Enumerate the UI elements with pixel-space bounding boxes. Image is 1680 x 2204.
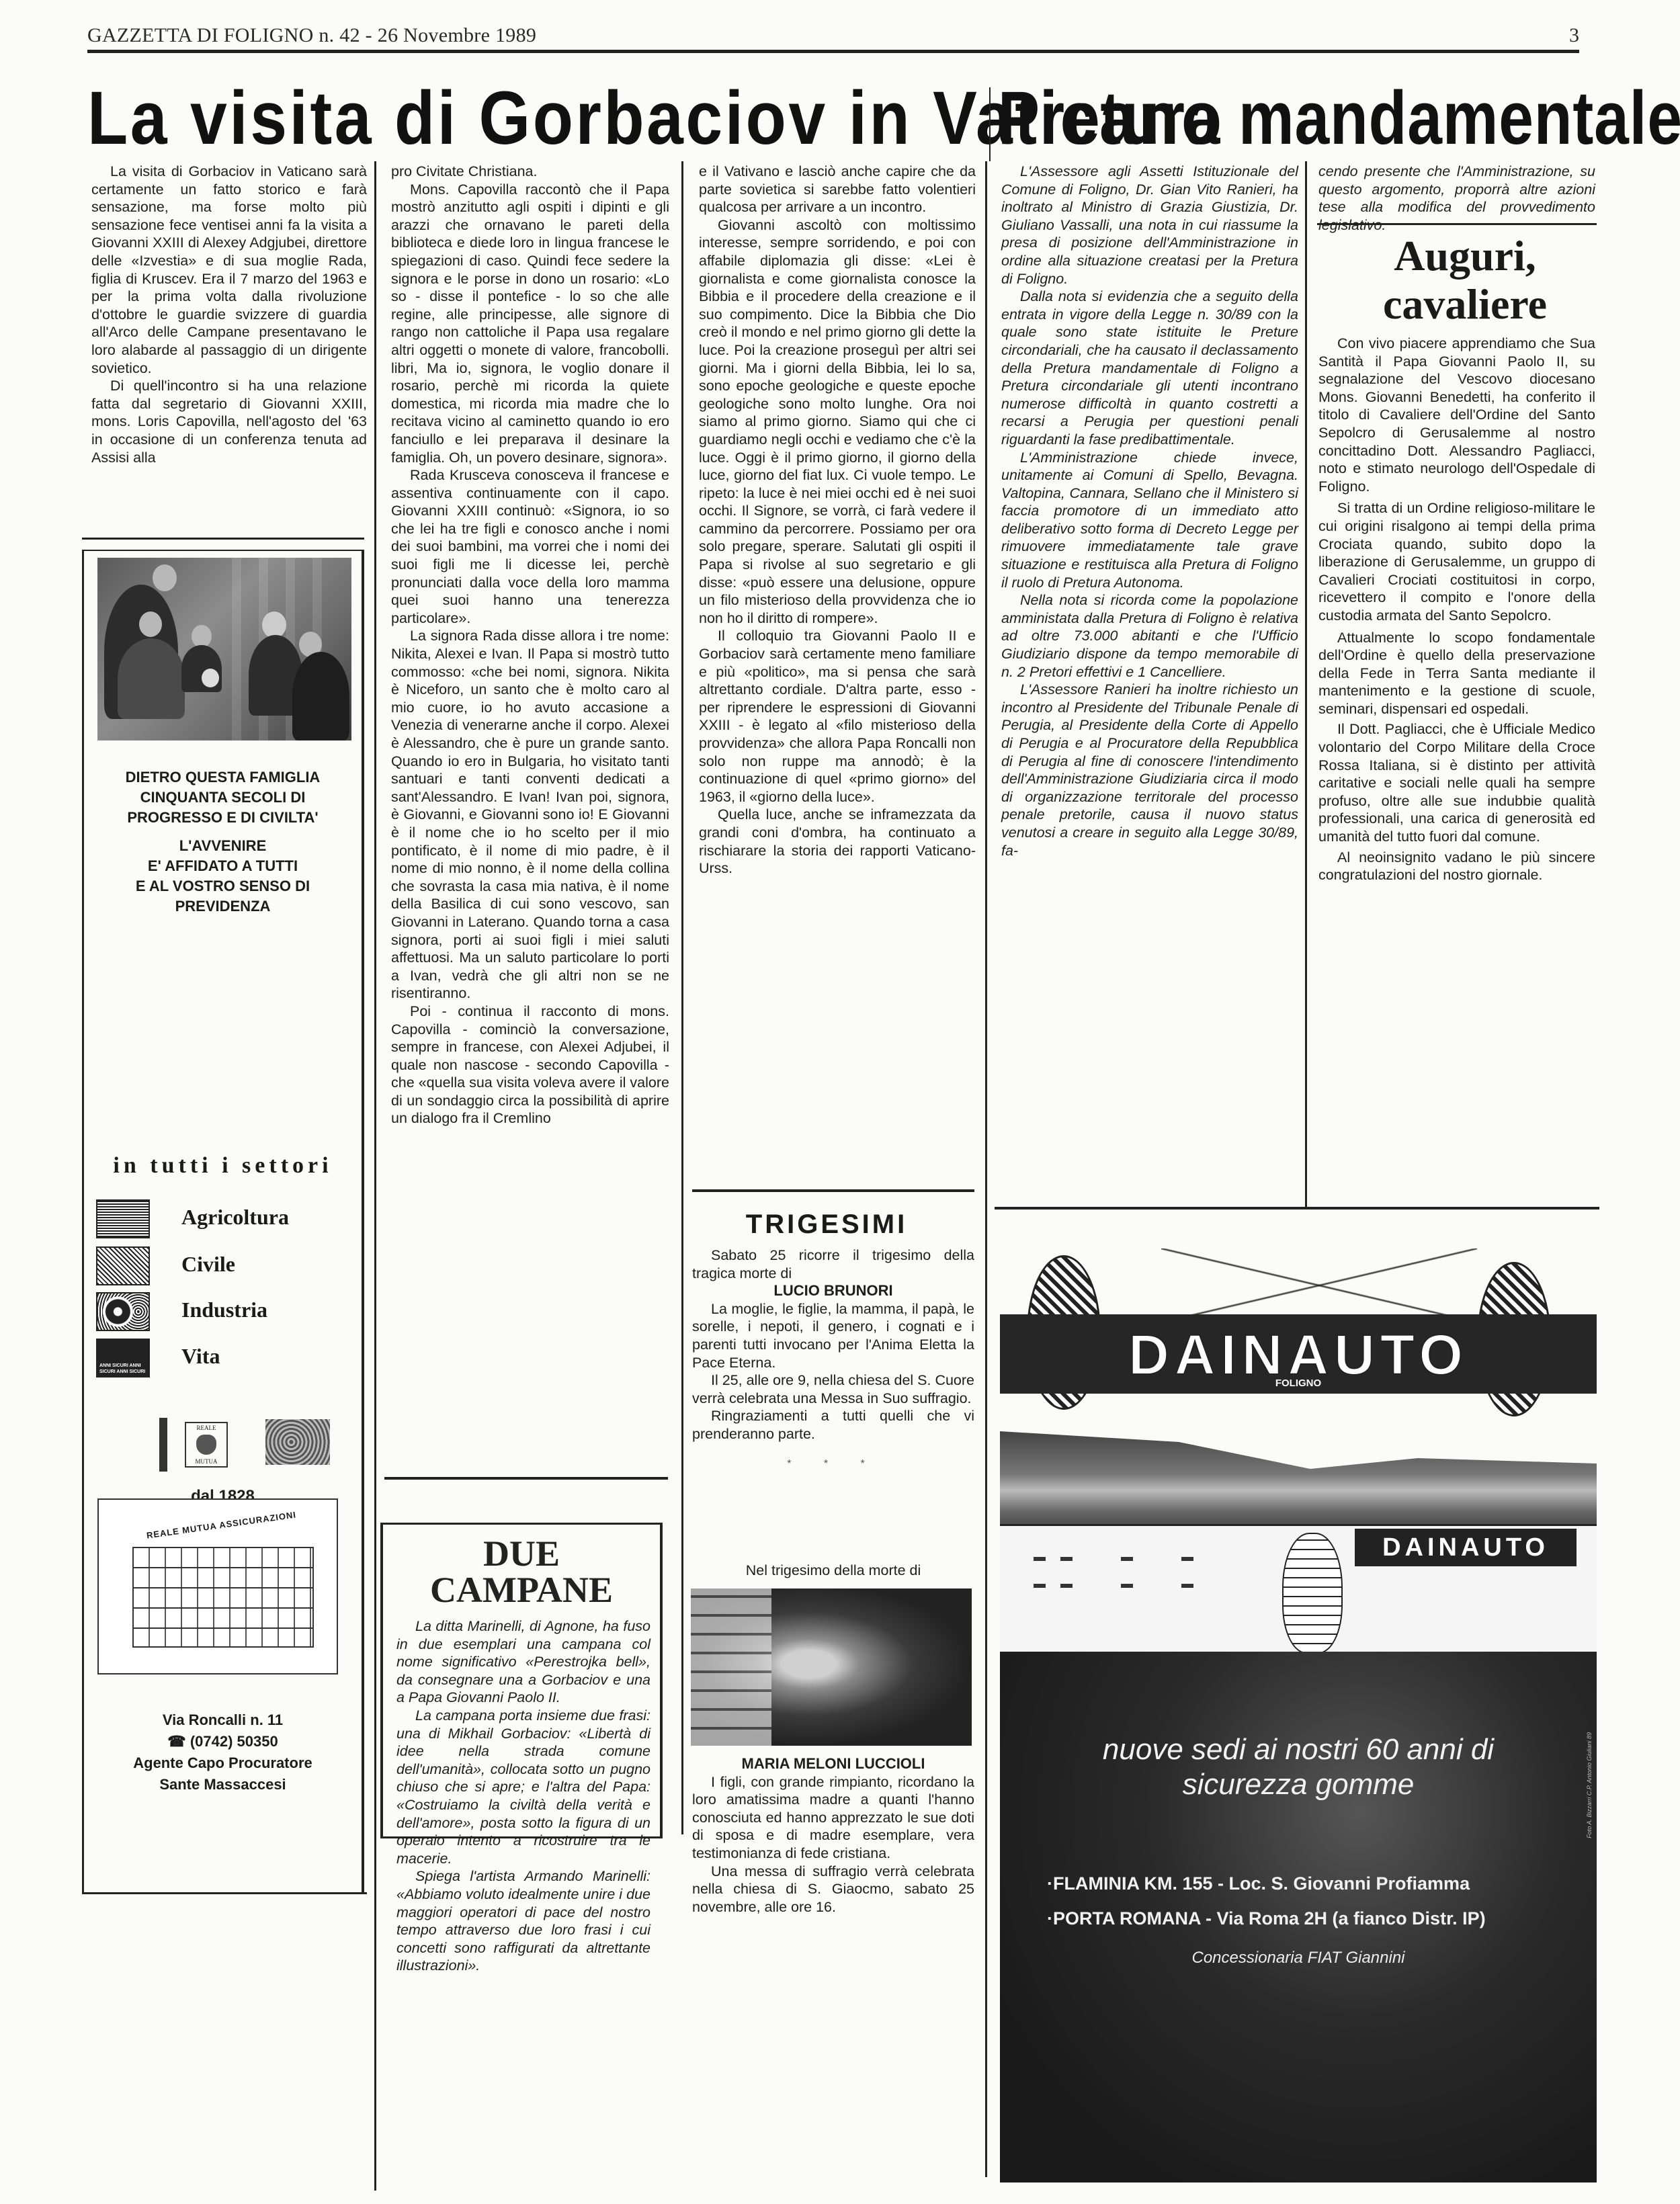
phone-line[interactable]: ☎ (0742) 50350: [84, 1731, 362, 1752]
notice-paragraph: La moglie, le figlie, la mamma, il papà,…: [692, 1300, 974, 1371]
road-icon: [1161, 1248, 1477, 1322]
dainauto-banner: DAINAUTO FOLIGNO: [1000, 1314, 1597, 1394]
title-line: DUE: [383, 1535, 660, 1572]
sector-agricoltura: Agricoltura: [84, 1199, 362, 1253]
sector-vita: ANNI SICURI ANNI SICURI ANNI SICURI Vita: [84, 1339, 362, 1392]
auguri-headline: Auguri, cavaliere: [1337, 232, 1593, 329]
notice-paragraph: Il 25, alle ore 9, nella chiesa del S. C…: [692, 1371, 974, 1407]
building-sign: REALE MUTUA ASSICURAZIONI: [146, 1509, 297, 1540]
tagline-line: E AL VOSTRO SENSO DI: [84, 876, 362, 896]
article-paragraph: e il Vativano e lasciò anche capire che …: [699, 163, 976, 216]
gorbaciov-col-2: pro Civitate Christiana. Mons. Capovilla…: [391, 163, 669, 1128]
slogan-panel: nuove sedi ai nostri 60 anni di sicurezz…: [1000, 1652, 1597, 2182]
section-rule: [995, 1207, 1599, 1210]
agent-title: Agente Capo Procuratore: [84, 1752, 362, 1774]
slogan-line: sicurezza gomme: [1000, 1767, 1597, 1802]
logo-text-bottom: MUTUA: [186, 1458, 226, 1465]
phone-number: (0742) 50350: [190, 1733, 278, 1750]
article-paragraph: La ditta Marinelli, di Agnone, ha fuso i…: [396, 1617, 650, 1707]
title-line: CAMPANE: [383, 1572, 660, 1608]
article-paragraph: Al neoinsignito vadano le più sincere co…: [1318, 849, 1595, 884]
article-paragraph: Si tratta di un Ordine religioso-militar…: [1318, 499, 1595, 624]
tagline-line: DIETRO QUESTA FAMIGLIA: [84, 767, 362, 788]
notice-intro: Nel trigesimo della morte di: [692, 1562, 974, 1580]
article-paragraph: La visita di Gorbaciov in Vaticano sarà …: [91, 163, 367, 377]
trigesimi-notice-1: Sabato 25 ricorre il trigesimo della tra…: [692, 1246, 974, 1473]
reale-mutua-ad[interactable]: DIETRO QUESTA FAMIGLIA CINQUANTA SECOLI …: [82, 550, 364, 1894]
deceased-name: MARIA MELONI LUCCIOLI: [692, 1755, 974, 1773]
article-paragraph: Nella nota si ricorda come la popolazion…: [1001, 591, 1298, 681]
col3-vrule: [985, 161, 987, 2177]
reale-mutua-crest-icon: REALE MUTUA: [185, 1422, 228, 1468]
slogan: nuove sedi ai nostri 60 anni di sicurezz…: [1000, 1732, 1597, 1802]
col3-rule: [692, 1189, 974, 1192]
col4-vrule: [1305, 161, 1307, 1210]
engraving-logo-icon: [265, 1419, 330, 1465]
article-paragraph: pro Civitate Christiana.: [391, 163, 669, 181]
article-paragraph: L'Assessore agli Assetti Istituzionale d…: [1001, 163, 1298, 288]
article-paragraph: Con vivo piacere apprendiamo che Sua San…: [1318, 335, 1595, 495]
ad-bottom-rule: [82, 1892, 367, 1894]
address-line: ·PORTA ROMANA - Via Roma 2H (a fianco Di…: [1047, 1908, 1486, 1929]
article-paragraph: Di quell'incontro si ha una relazione fa…: [91, 377, 367, 466]
col1-rule: [82, 538, 364, 540]
article-paragraph: Poi - continua il racconto di mons. Capo…: [391, 1003, 669, 1128]
article-paragraph: Attualmente lo scopo fondamentale dell'O…: [1318, 629, 1595, 718]
sector-label: Vita: [181, 1344, 220, 1369]
article-paragraph: Il colloquio tra Giovanni Paolo II e Gor…: [699, 627, 976, 806]
sector-industria: Industria: [84, 1292, 362, 1346]
col2-rule: [384, 1477, 668, 1480]
notice-paragraph: I figli, con grande rimpianto, ricordano…: [692, 1773, 974, 1863]
tagline-line: L'AVVENIRE: [84, 836, 362, 856]
due-campane-text: La ditta Marinelli, di Agnone, ha fuso i…: [396, 1617, 650, 1975]
contact-block: Via Roncalli n. 11 ☎ (0742) 50350 Agente…: [84, 1709, 362, 1795]
address-line: ·FLAMINIA KM. 155 - Loc. S. Giovanni Pro…: [1047, 1873, 1470, 1894]
article-paragraph: Spiega l'artista Armando Marinelli: «Abb…: [396, 1867, 650, 1975]
tagline-line: PREVIDENZA: [84, 896, 362, 917]
article-paragraph: Rada Krusceva conosceva il francese e as…: [391, 466, 669, 627]
notice-paragraph: Ringraziamenti a tutti quelli che vi pre…: [692, 1407, 974, 1443]
reale-mutua-logos: REALE MUTUA: [84, 1418, 362, 1472]
auguri-col: Con vivo piacere apprendiamo che Sua San…: [1318, 335, 1595, 884]
headline-line: cavaliere: [1337, 280, 1593, 329]
gear-icon: [96, 1292, 150, 1331]
tagline-line: E' AFFIDATO A TUTTI: [84, 856, 362, 876]
sector-label: Civile: [181, 1252, 235, 1277]
headline-line: Auguri,: [1337, 232, 1593, 280]
family-house-icon: [96, 1246, 150, 1285]
logo-text-top: REALE: [186, 1425, 226, 1431]
anni-sicuri-icon: ANNI SICURI ANNI SICURI ANNI SICURI: [96, 1339, 150, 1377]
gorbaciov-col-3: e il Vativano e lasciò anche capire che …: [699, 163, 976, 878]
sector-label: Industria: [181, 1298, 267, 1322]
portrait-photo: [691, 1588, 972, 1746]
dealer-text: Concessionaria FIAT Giannini: [1000, 1949, 1597, 1967]
article-paragraph: L'Assessore Ranieri ha inoltre richiesto…: [1001, 681, 1298, 859]
article-paragraph: Quella luce, anche se inframezzata da gr…: [699, 806, 976, 877]
article-paragraph: Giovanni ascoltò con moltissimo interess…: [699, 216, 976, 628]
pretura-headline: Pretura mandamentale: [998, 81, 1680, 156]
shop-sign: DAINAUTO: [1355, 1529, 1577, 1566]
gorbaciov-col-1: La visita di Gorbaciov in Vaticano sarà …: [91, 163, 367, 466]
ad-tagline-1: DIETRO QUESTA FAMIGLIA CINQUANTA SECOLI …: [84, 767, 362, 828]
trigesimi-notice-2: MARIA MELONI LUCCIOLI I figli, con grand…: [692, 1755, 974, 1916]
article-paragraph: Mons. Capovilla raccontò che il Papa mos…: [391, 181, 669, 467]
col2-vrule: [681, 161, 683, 1834]
shop-photo: DAINAUTO: [1000, 1524, 1597, 1652]
tagline-line: PROGRESSO E DI CIVILTA': [84, 808, 362, 828]
family-photo: [97, 558, 351, 740]
trigesimi-title: TRIGESIMI: [726, 1210, 927, 1240]
michelin-man-icon: [1282, 1533, 1343, 1654]
sector-label: Agricoltura: [181, 1205, 289, 1230]
landscape-photo: [1000, 1431, 1597, 1539]
ad-tagline-2: L'AVVENIRE E' AFFIDATO A TUTTI E AL VOST…: [84, 836, 362, 917]
article-paragraph: Il Dott. Pagliacci, che è Ufficiale Medi…: [1318, 720, 1595, 845]
headline-divider: [989, 87, 991, 161]
col1-vrule: [374, 161, 376, 2191]
article-paragraph: La signora Rada disse allora i tre nome:…: [391, 627, 669, 1002]
telephone-icon: ☎: [167, 1733, 190, 1750]
masthead-rule: [87, 50, 1579, 53]
pretura-end-rule: [1317, 223, 1597, 225]
notice-intro: Sabato 25 ricorre il trigesimo della tra…: [692, 1246, 974, 1282]
slogan-line: nuove sedi ai nostri 60 anni di: [1000, 1732, 1597, 1767]
deceased-name: LUCIO BRUNORI: [692, 1282, 974, 1300]
notice-2-intro: Nel trigesimo della morte di: [692, 1562, 974, 1580]
pillar-logo-icon: [159, 1418, 167, 1472]
address-text: Via Roncalli n. 11: [84, 1709, 362, 1731]
publication-line: GAZZETTA DI FOLIGNO n. 42 - 26 Novembre …: [87, 24, 536, 47]
agent-name: Sante Massaccesi: [84, 1774, 362, 1795]
page-number: 3: [1569, 24, 1579, 47]
tagline-line: CINQUANTA SECOLI DI: [84, 788, 362, 808]
separator-stars: * * *: [692, 1455, 974, 1474]
article-paragraph: L'Amministrazione chiede invece, unitame…: [1001, 449, 1298, 592]
building-illustration: REALE MUTUA ASSICURAZIONI: [97, 1498, 338, 1675]
article-paragraph: La campana porta insieme due frasi: una …: [396, 1707, 650, 1867]
dainauto-ad[interactable]: DAINAUTO FOLIGNO DAINAUTO nuove sedi ai …: [993, 1242, 1606, 2184]
due-campane-title: DUE CAMPANE: [383, 1535, 660, 1608]
brand-city: FOLIGNO: [1000, 1377, 1597, 1389]
notice-paragraph: Una messa di suffragio verrà celebrata n…: [692, 1863, 974, 1916]
tree-icon: [96, 1199, 150, 1238]
photo-credit: Foto A. Bizzarri C.P. Antonio Giuliani 8…: [1586, 1732, 1593, 1838]
settori-title: in tutti i settori: [84, 1153, 362, 1179]
article-paragraph: Dalla nota si evidenzia che a seguito de…: [1001, 288, 1298, 448]
pretura-col-1: L'Assessore agli Assetti Istituzionale d…: [1001, 163, 1298, 859]
due-campane-box: DUE CAMPANE La ditta Marinelli, di Agnon…: [380, 1523, 663, 1838]
